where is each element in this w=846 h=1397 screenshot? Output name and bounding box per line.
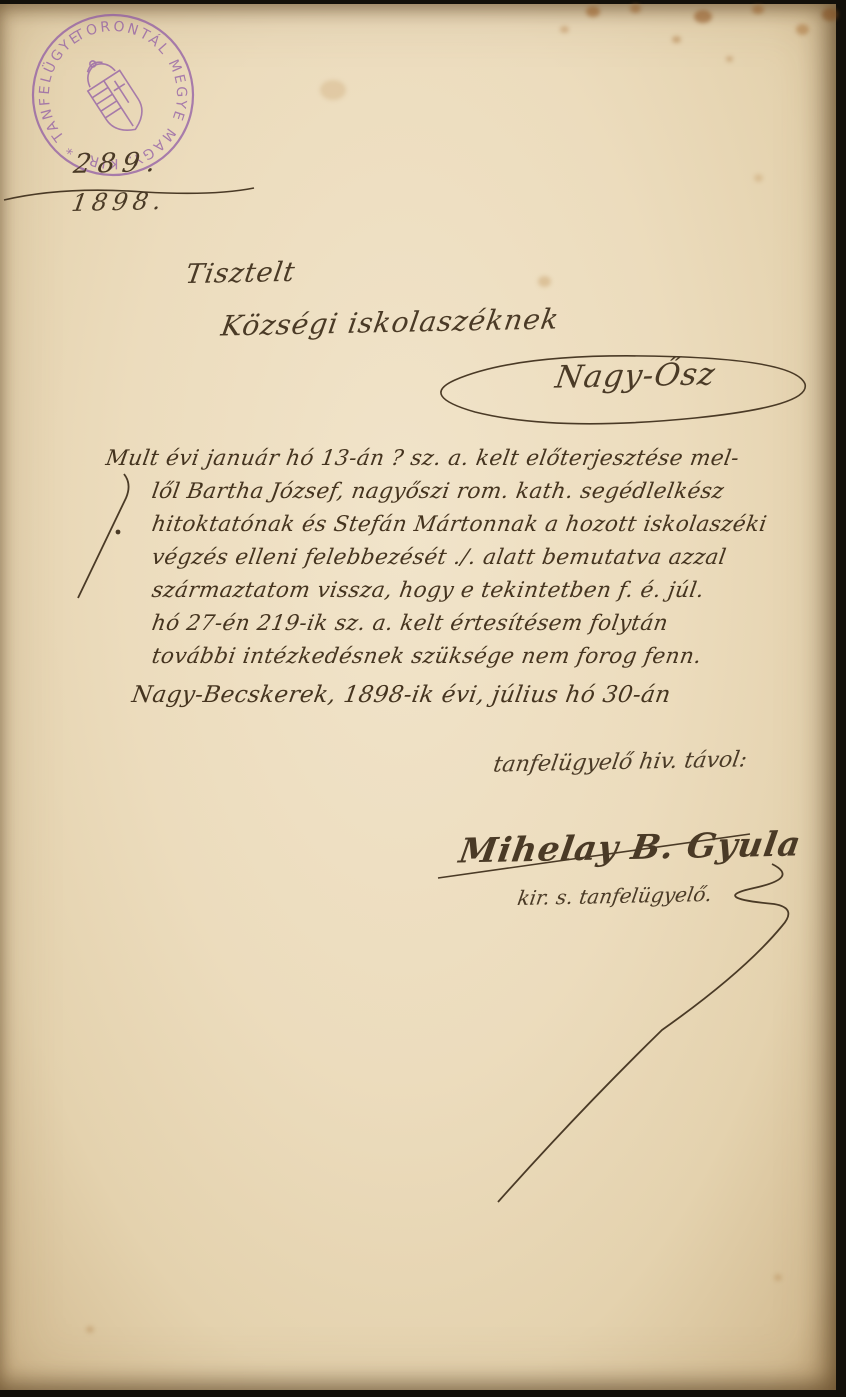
dateline: Nagy-Becskerek, 1898-ik évi, július hó 3… [103,679,832,712]
body-line: végzés elleni felebbezését ./. alatt bem… [103,541,832,574]
body-line: hitoktatónak és Stefán Mártonnak a hozot… [103,508,832,541]
body-line: lől Bartha József, nagyőszi rom. kath. s… [103,475,832,508]
reference-number: 289. [71,147,164,180]
signature-flourish [420,820,840,1220]
reference-year: 1898. [70,187,168,217]
body-line: származtatom vissza, hogy e tekintetben … [103,574,832,607]
body-line: Mult évi január hó 13-án ? sz. a. kelt e… [103,442,832,475]
scanned-letter-page: TORONTÁL MEGYE MAGY. KIR. * TANFELÜGYELŐ… [0,0,846,1397]
body-line: további intézkedésnek szüksége nem forog… [103,640,832,673]
body-line: hó 27-én 219-ik sz. a. kelt értesítésem … [103,607,832,640]
signer-title: kir. s. tanfelügyelő. [516,882,714,910]
letter-body: Mult évi január hó 13-án ? sz. a. kelt e… [106,442,830,712]
coat-of-arms-icon [75,51,151,140]
signature-name: Mihelay B. Gyula [456,824,804,871]
addressee-place-name: Nagy-Ősz [553,356,718,395]
salutation-tisztelt: Tisztelt [183,257,297,290]
